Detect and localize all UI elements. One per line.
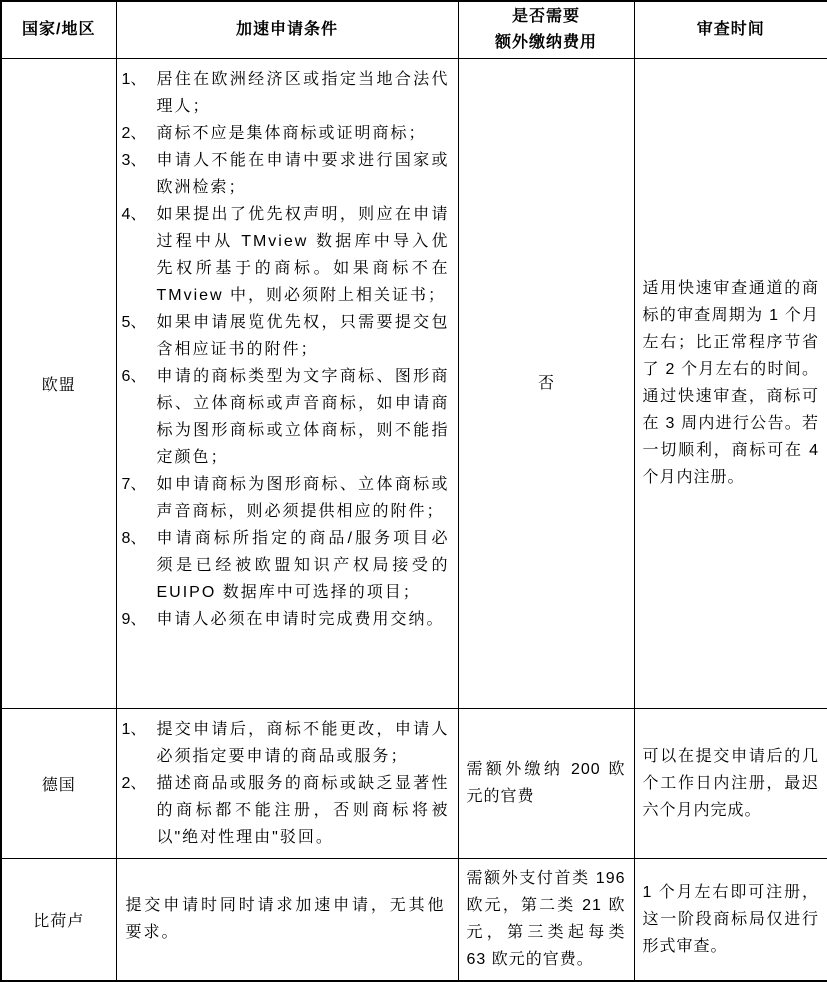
table-row-benelux: 比荷卢 提交申请时同时请求加速申请，无其他要求。 需额外支付首类 196 欧元，… [1, 858, 827, 981]
table-row-germany: 德国 1、 提交申请后，商标不能更改，申请人必须指定要申请的商品或服务； 2、 … [1, 708, 827, 858]
condition-number: 2、 [122, 120, 147, 147]
condition-item: 2、 商标不应是集体商标或证明商标； [122, 120, 450, 147]
cell-fee-benelux: 需额外支付首类 196 欧元，第二类 21 欧元，第三类起每类 63 欧元的官费… [458, 858, 634, 981]
table-row-eu: 欧盟 1、 居住在欧洲经济区或指定当地合法代理人； 2、 商标不应是集体商标或证… [1, 58, 827, 708]
condition-item: 1、 提交申请后，商标不能更改，申请人必须指定要申请的商品或服务； [122, 716, 450, 770]
condition-text: 如果申请展览优先权，只需要提交包含相应证书的附件； [157, 314, 450, 358]
condition-number: 1、 [122, 716, 147, 743]
condition-item: 6、 申请的商标类型为文字商标、图形商标、立体商标或声音商标，如申请商标为图形商… [122, 363, 450, 471]
condition-text: 如申请商标为图形商标、立体商标或声音商标，则必须提供相应的附件； [157, 476, 450, 520]
condition-item: 8、 申请商标所指定的商品/服务项目必须是已经被欧盟知识产权局接受的 EUIPO… [122, 525, 450, 606]
condition-item: 3、 申请人不能在申请中要求进行国家或欧洲检索； [122, 147, 450, 201]
condition-number: 4、 [122, 201, 147, 228]
condition-number: 6、 [122, 363, 147, 390]
cell-country-eu: 欧盟 [1, 58, 116, 708]
condition-text: 描述商品或服务的商标或缺乏显著性的商标都不能注册，否则商标将被以"绝对性理由"驳… [157, 775, 450, 846]
condition-text: 申请的商标类型为文字商标、图形商标、立体商标或声音商标，如申请商标为图形商标或立… [157, 368, 450, 466]
condition-text: 提交申请后，商标不能更改，申请人必须指定要申请的商品或服务； [157, 721, 450, 765]
cell-country-benelux: 比荷卢 [1, 858, 116, 981]
fast-track-application-table: 国家/地区 加速申请条件 是否需要 额外缴纳费用 审查时间 欧盟 1、 居住在欧… [0, 0, 827, 982]
cell-time-germany: 可以在提交申请后的几个工作日内注册，最迟六个月内完成。 [634, 708, 827, 858]
condition-item: 5、 如果申请展览优先权，只需要提交包含相应证书的附件； [122, 309, 450, 363]
condition-item: 1、 居住在欧洲经济区或指定当地合法代理人； [122, 66, 450, 120]
condition-number: 1、 [122, 66, 147, 93]
header-fee-line1: 是否需要 [459, 4, 634, 30]
condition-number: 8、 [122, 525, 147, 552]
condition-item: 2、 描述商品或服务的商标或缺乏显著性的商标都不能注册，否则商标将被以"绝对性理… [122, 770, 450, 851]
cell-fee-germany: 需额外缴纳 200 欧元的官费 [458, 708, 634, 858]
condition-text: 申请人不能在申请中要求进行国家或欧洲检索； [157, 152, 450, 196]
condition-item: 9、 申请人必须在申请时完成费用交纳。 [122, 606, 450, 633]
condition-text: 商标不应是集体商标或证明商标； [157, 125, 427, 142]
header-time: 审查时间 [634, 1, 827, 58]
condition-number: 3、 [122, 147, 147, 174]
header-country: 国家/地区 [1, 1, 116, 58]
condition-number: 5、 [122, 309, 147, 336]
cell-time-benelux: 1 个月左右即可注册，这一阶段商标局仅进行形式审查。 [634, 858, 827, 981]
condition-number: 7、 [122, 471, 147, 498]
header-fee-line2: 额外缴纳费用 [459, 30, 634, 56]
table-header-row: 国家/地区 加速申请条件 是否需要 额外缴纳费用 审查时间 [1, 1, 827, 58]
cell-fee-eu: 否 [458, 58, 634, 708]
condition-number: 9、 [122, 606, 147, 633]
condition-item: 4、 如果提出了优先权声明，则应在申请过程中从 TMview 数据库中导入优先权… [122, 201, 450, 309]
condition-text: 申请人必须在申请时完成费用交纳。 [157, 611, 445, 628]
cell-conditions-benelux: 提交申请时同时请求加速申请，无其他要求。 [116, 858, 458, 981]
cell-country-germany: 德国 [1, 708, 116, 858]
condition-text: 申请商标所指定的商品/服务项目必须是已经被欧盟知识产权局接受的 EUIPO 数据… [157, 530, 450, 601]
header-conditions: 加速申请条件 [116, 1, 458, 58]
condition-item: 7、 如申请商标为图形商标、立体商标或声音商标，则必须提供相应的附件； [122, 471, 450, 525]
condition-text: 居住在欧洲经济区或指定当地合法代理人； [157, 71, 450, 115]
cell-conditions-germany: 1、 提交申请后，商标不能更改，申请人必须指定要申请的商品或服务； 2、 描述商… [116, 708, 458, 858]
condition-text: 如果提出了优先权声明，则应在申请过程中从 TMview 数据库中导入优先权所基于… [157, 206, 450, 304]
header-fee: 是否需要 额外缴纳费用 [458, 1, 634, 58]
condition-text: 提交申请时同时请求加速申请，无其他要求。 [122, 892, 450, 946]
condition-number: 2、 [122, 770, 147, 797]
cell-time-eu: 适用快速审查通道的商标的审查周期为 1 个月左右；比正常程序节省了 2 个月左右… [634, 58, 827, 708]
cell-conditions-eu: 1、 居住在欧洲经济区或指定当地合法代理人； 2、 商标不应是集体商标或证明商标… [116, 58, 458, 708]
